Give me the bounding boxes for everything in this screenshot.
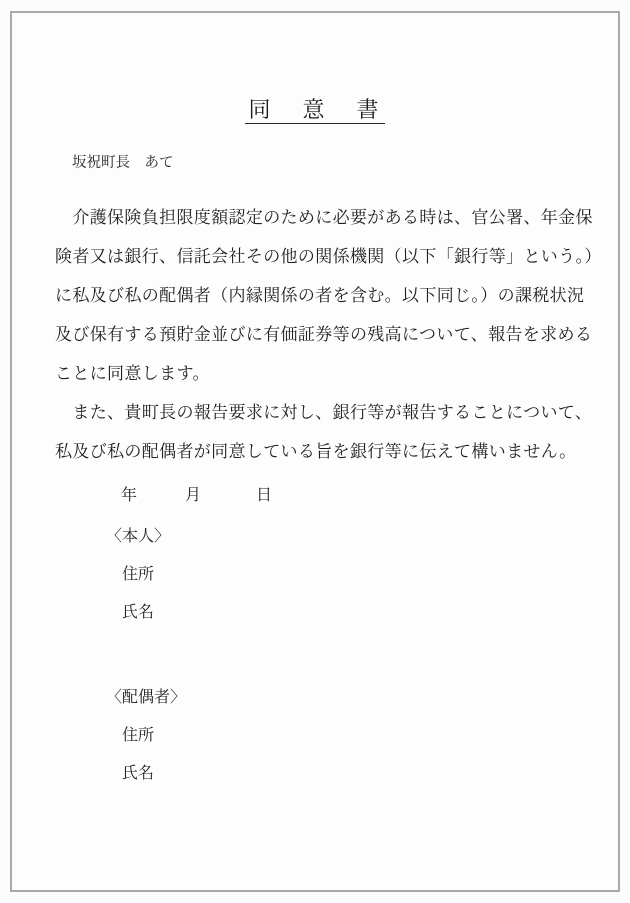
addressee-line: 坂祝町長 あて	[72, 156, 174, 171]
body-text-line: ことに同意します。	[55, 365, 210, 382]
spouse-address-label: 住所	[122, 728, 154, 744]
applicant-name-label: 氏名	[122, 605, 154, 621]
body-text-line: 険者又は銀行、信託会社その他の関係機関（以下「銀行等」という。）	[55, 248, 602, 265]
body-text-line: 介護保険負担限度額認定のために必要がある時は、官公署、年金保	[55, 209, 593, 226]
date-month-label: 月	[185, 488, 201, 504]
body-text-line: に私及び私の配偶者（内縁関係の者を含む。以下同じ。）の課税状況	[55, 287, 584, 304]
title-row: 同 意 書	[0, 99, 630, 124]
consent-form-page: 同 意 書 坂祝町長 あて 介護保険負担限度額認定のために必要がある時は、官公署…	[0, 0, 630, 903]
date-year-label: 年	[121, 488, 137, 504]
spouse-section-label: 〈配偶者〉	[106, 690, 186, 706]
body-text-line: 私及び私の配偶者が同意している旨を銀行等に伝えて構いません。	[55, 443, 577, 460]
spouse-name-label: 氏名	[122, 766, 154, 782]
applicant-address-label: 住所	[122, 567, 154, 583]
document-title: 同 意 書	[245, 99, 384, 124]
body-text-line: 及び保有する預貯金並びに有価証券等の残高について、報告を求める	[55, 326, 592, 343]
body-text-line: また、貴町長の報告要求に対し、銀行等が報告することについて、	[55, 404, 592, 421]
applicant-section-label: 〈本人〉	[106, 529, 170, 545]
date-day-label: 日	[256, 488, 272, 504]
